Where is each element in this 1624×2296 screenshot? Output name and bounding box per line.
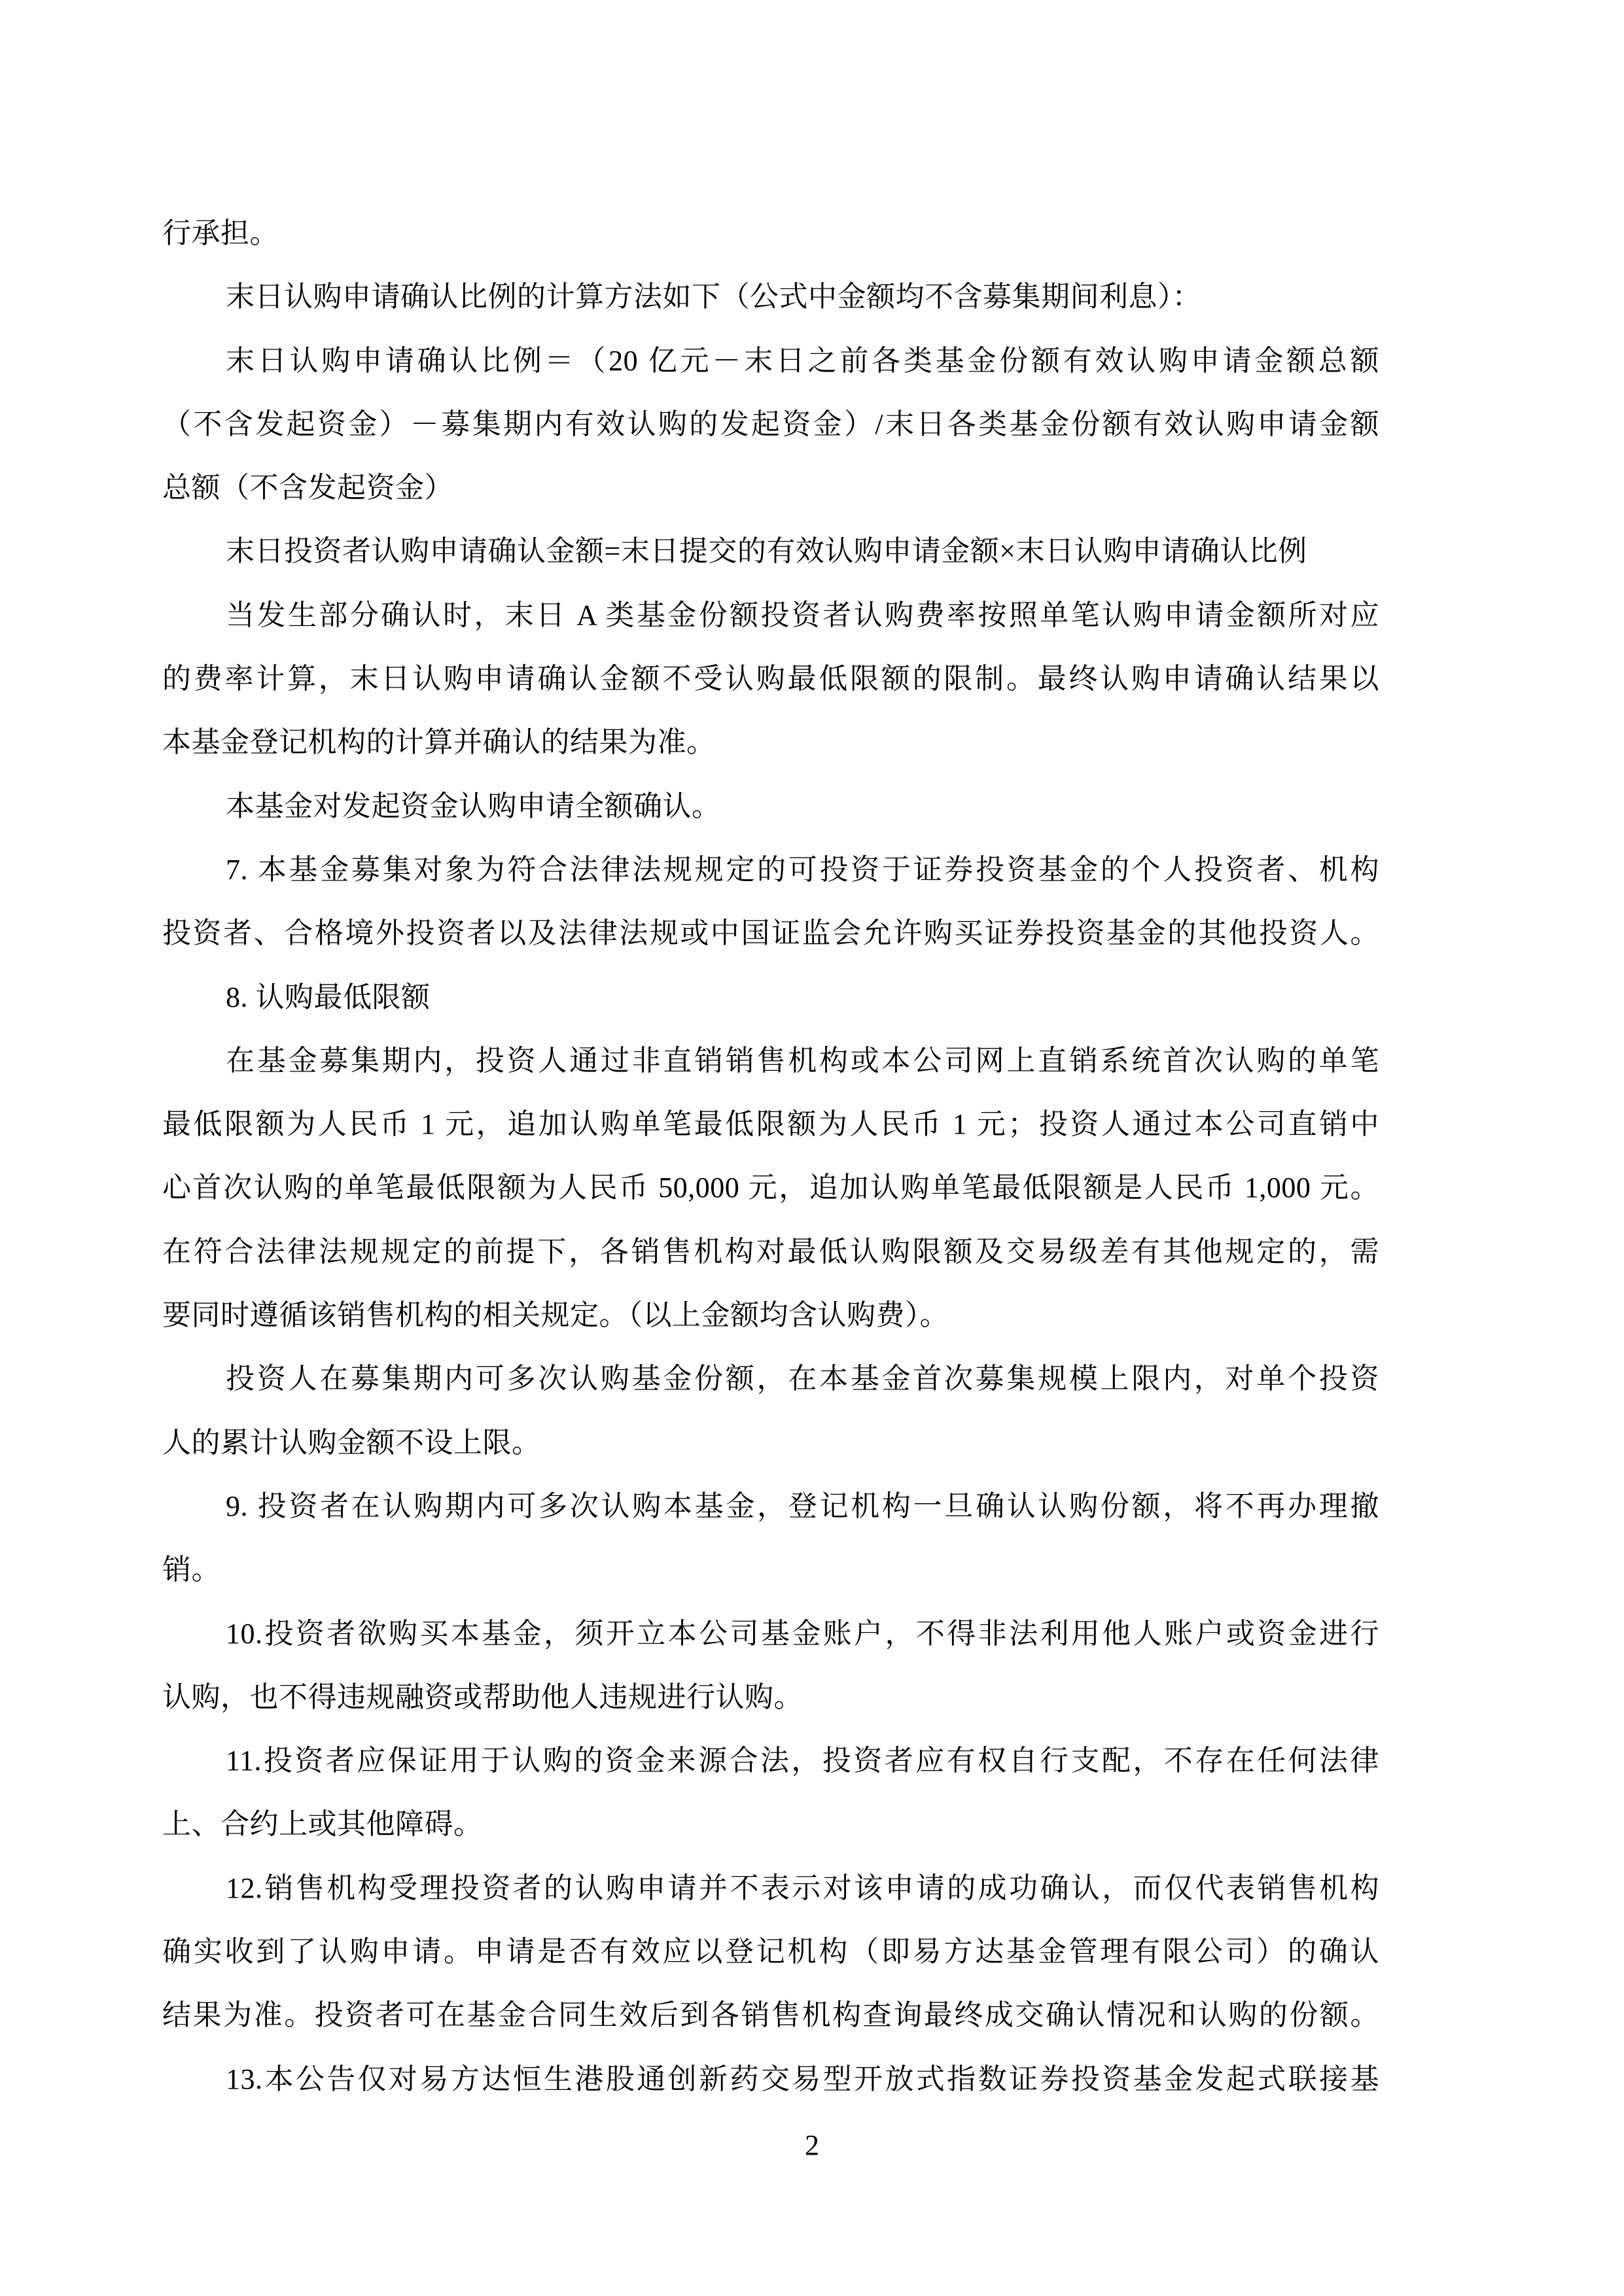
text-line: 要同时遵循该销售机构的相关规定。（以上金额均含认购费）。 [162,1283,1379,1347]
text-line: 确实收到了认购申请。申请是否有效应以登记机构（即易方达基金管理有限公司）的确认 [162,1920,1379,1983]
text-line: 投资人在募集期内可多次认购基金份额，在本基金首次募集规模上限内，对单个投资 [162,1347,1379,1410]
text-line: 认购，也不得违规融资或帮助他人违规进行认购。 [162,1665,1379,1729]
text-line: 在符合法律法规规定的前提下，各销售机构对最低认购限额及交易级差有其他规定的，需 [162,1220,1379,1283]
text-line: 的费率计算，末日认购申请确认金额不受认购最低限额的限制。最终认购申请确认结果以 [162,647,1379,710]
text-line: 人的累计认购金额不设上限。 [162,1411,1379,1474]
text-line: 末日投资者认购申请确认金额=末日提交的有效认购申请金额×末日认购申请确认比例 [162,519,1379,583]
text-line: 12.销售机构受理投资者的认购申请并不表示对该申请的成功确认，而仅代表销售机构 [162,1856,1379,1920]
text-line: 13.本公告仅对易方达恒生港股通创新药交易型开放式指数证券投资基金发起式联接基 [162,2047,1379,2111]
text-line: 行承担。 [162,201,1379,265]
text-line: 销。 [162,1538,1379,1601]
text-line: 最低限额为人民币 1 元，追加认购单笔最低限额为人民币 1 元；投资人通过本公司… [162,1092,1379,1156]
document-page: 行承担。 末日认购申请确认比例的计算方法如下（公式中金额均不含募集期间利息）： … [0,0,1624,2296]
text-line: （不含发起资金）－募集期内有效认购的发起资金）/末日各类基金份额有效认购申请金额 [162,392,1379,456]
text-line: 7. 本基金募集对象为符合法律法规规定的可投资于证券投资基金的个人投资者、机构 [162,838,1379,901]
document-body: 行承担。 末日认购申请确认比例的计算方法如下（公式中金额均不含募集期间利息）： … [162,201,1379,2111]
text-line: 9. 投资者在认购期内可多次认购本基金，登记机构一旦确认认购份额，将不再办理撤 [162,1474,1379,1538]
text-line: 10.投资者欲购买本基金，须开立本公司基金账户，不得非法利用他人账户或资金进行 [162,1602,1379,1665]
page-number: 2 [0,2113,1624,2177]
text-line: 本基金登记机构的计算并确认的结果为准。 [162,710,1379,774]
text-line: 末日认购申请确认比例＝（20 亿元－末日之前各类基金份额有效认购申请金额总额 [162,329,1379,392]
text-line: 末日认购申请确认比例的计算方法如下（公式中金额均不含募集期间利息）： [162,265,1379,328]
text-line: 上、合约上或其他障碍。 [162,1792,1379,1856]
text-line: 8. 认购最低限额 [162,965,1379,1029]
text-line: 投资者、合格境外投资者以及法律法规或中国证监会允许购买证券投资基金的其他投资人。 [162,901,1379,965]
text-line: 结果为准。投资者可在基金合同生效后到各销售机构查询最终成交确认情况和认购的份额。 [162,1983,1379,2047]
text-line: 11.投资者应保证用于认购的资金来源合法，投资者应有权自行支配，不存在任何法律 [162,1729,1379,1792]
text-line: 本基金对发起资金认购申请全额确认。 [162,774,1379,838]
text-line: 当发生部分确认时，末日 A 类基金份额投资者认购费率按照单笔认购申请金额所对应 [162,583,1379,647]
text-line: 心首次认购的单笔最低限额为人民币 50,000 元，追加认购单笔最低限额是人民币… [162,1156,1379,1219]
text-line: 在基金募集期内，投资人通过非直销销售机构或本公司网上直销系统首次认购的单笔 [162,1029,1379,1092]
text-line: 总额（不含发起资金） [162,456,1379,519]
